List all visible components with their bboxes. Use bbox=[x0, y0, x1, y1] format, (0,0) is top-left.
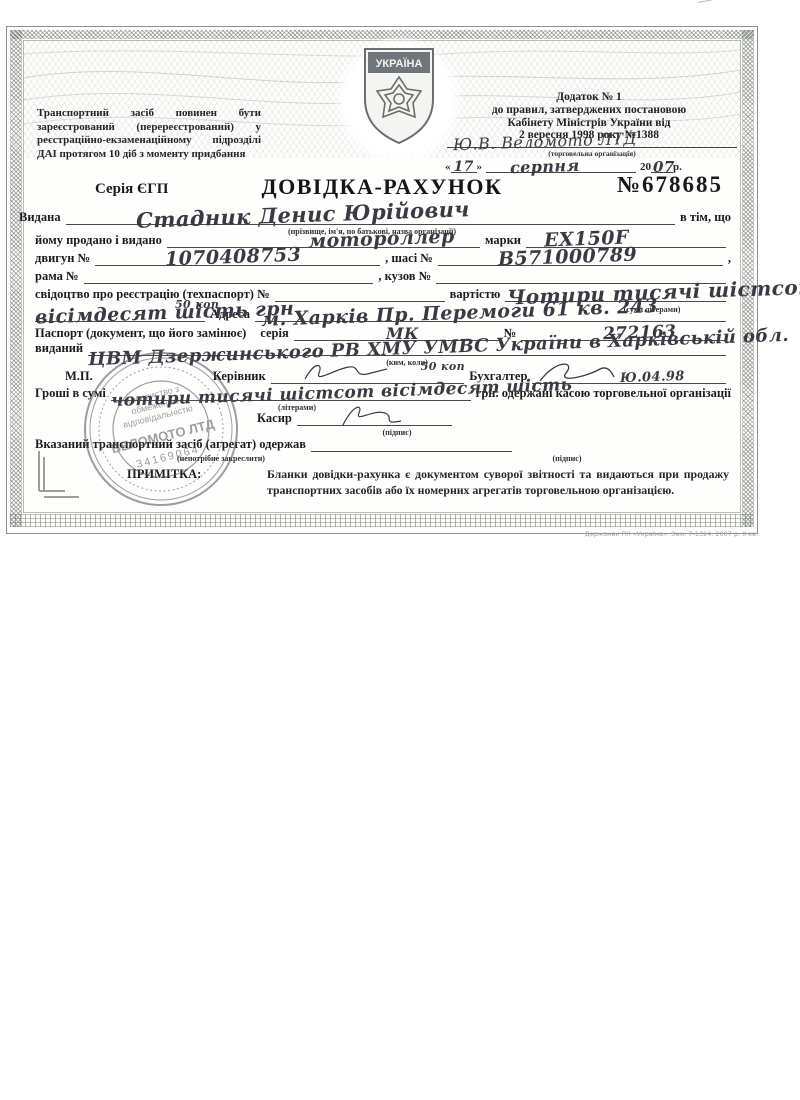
trade-org-line: Ю.В. Веломото ЛТД bbox=[447, 127, 737, 148]
border-band-left bbox=[10, 30, 22, 527]
vydana-field: Стадник Денис Юрійович bbox=[66, 207, 675, 225]
shasi-field: В571000789 bbox=[438, 248, 723, 266]
date-day-handwriting: 17 bbox=[454, 159, 474, 175]
kuzov-label: , кузов № bbox=[378, 269, 431, 284]
quote-close: » bbox=[477, 161, 483, 173]
dvygun-label: двигун № bbox=[35, 251, 90, 266]
kop-handwriting: 50 коп bbox=[175, 298, 219, 311]
issue-date-line: « 17 » серпня 20 07 р. bbox=[445, 158, 745, 173]
rama-label: рама № bbox=[35, 269, 79, 284]
comma1: , bbox=[728, 251, 731, 266]
prodano-label: йому продано і видано bbox=[35, 233, 162, 248]
svidotstvo-field bbox=[275, 284, 445, 302]
kasyr-label: Касир bbox=[257, 411, 292, 426]
row-vydana: Видана Стадник Денис Юрійович в тім, що bbox=[19, 208, 731, 225]
row-kasyr: Касир bbox=[257, 409, 457, 426]
ukraine-shield-emblem: УКРАЇНА bbox=[355, 43, 443, 147]
kasyr-signature bbox=[337, 401, 407, 429]
appendix-line1: Додаток № 1 bbox=[439, 91, 739, 104]
emblem-text: УКРАЇНА bbox=[376, 57, 423, 70]
appendix-line2: до правил, затверджених постановою bbox=[439, 104, 739, 117]
document-number: №678685 bbox=[617, 172, 723, 198]
note-text: Бланки довідки-рахунка є документом суво… bbox=[267, 467, 729, 498]
border-band-top bbox=[10, 30, 754, 39]
vydanyi-label: виданий bbox=[35, 341, 83, 356]
shasi-label: , шасі № bbox=[385, 251, 433, 266]
v-tim-shcho-label: в тім, що bbox=[680, 210, 731, 225]
dvygun-field: 1070408753 bbox=[95, 248, 380, 266]
dovidka-rakhunok-document: УКРАЇНА Транспортний засіб повинен бути … bbox=[6, 26, 758, 534]
adresa-field: м. Харків Пр. Перемоги 61 кв. 243 bbox=[255, 304, 726, 322]
oderzhav-field bbox=[311, 434, 512, 452]
printer-imprint: Держзнак ПК «Україна». Зам. 7-1324. 2007… bbox=[0, 530, 758, 538]
row-dvygun: двигун № 1070408753 , шасі № В571000789 … bbox=[35, 249, 731, 266]
marky-label: марки bbox=[485, 233, 521, 248]
row-adresa: вісімдесят шість грн 50 коп Адреса м. Ха… bbox=[35, 305, 731, 322]
kasyr-signature-field bbox=[297, 408, 452, 426]
scanned-page: УКРАЇНА Транспортний засіб повинен бути … bbox=[0, 0, 800, 1100]
scan-curl-artifact bbox=[698, 0, 792, 3]
vartist-field-2: вісімдесят шість грн 50 коп bbox=[35, 304, 205, 322]
vydana-label: Видана bbox=[19, 210, 61, 225]
trade-org-label: (торговельна організація) bbox=[447, 149, 737, 158]
prodano-field: мотороллер bbox=[167, 230, 480, 248]
registration-notice: Транспортний засіб повинен бути зареєстр… bbox=[37, 107, 261, 161]
vartist-label: вартістю bbox=[450, 287, 501, 302]
oderzhav-pidpys-sublabel: (підпис) bbox=[507, 454, 627, 463]
kop-handwriting-2: 50 коп bbox=[421, 360, 465, 373]
rama-field bbox=[84, 266, 374, 284]
